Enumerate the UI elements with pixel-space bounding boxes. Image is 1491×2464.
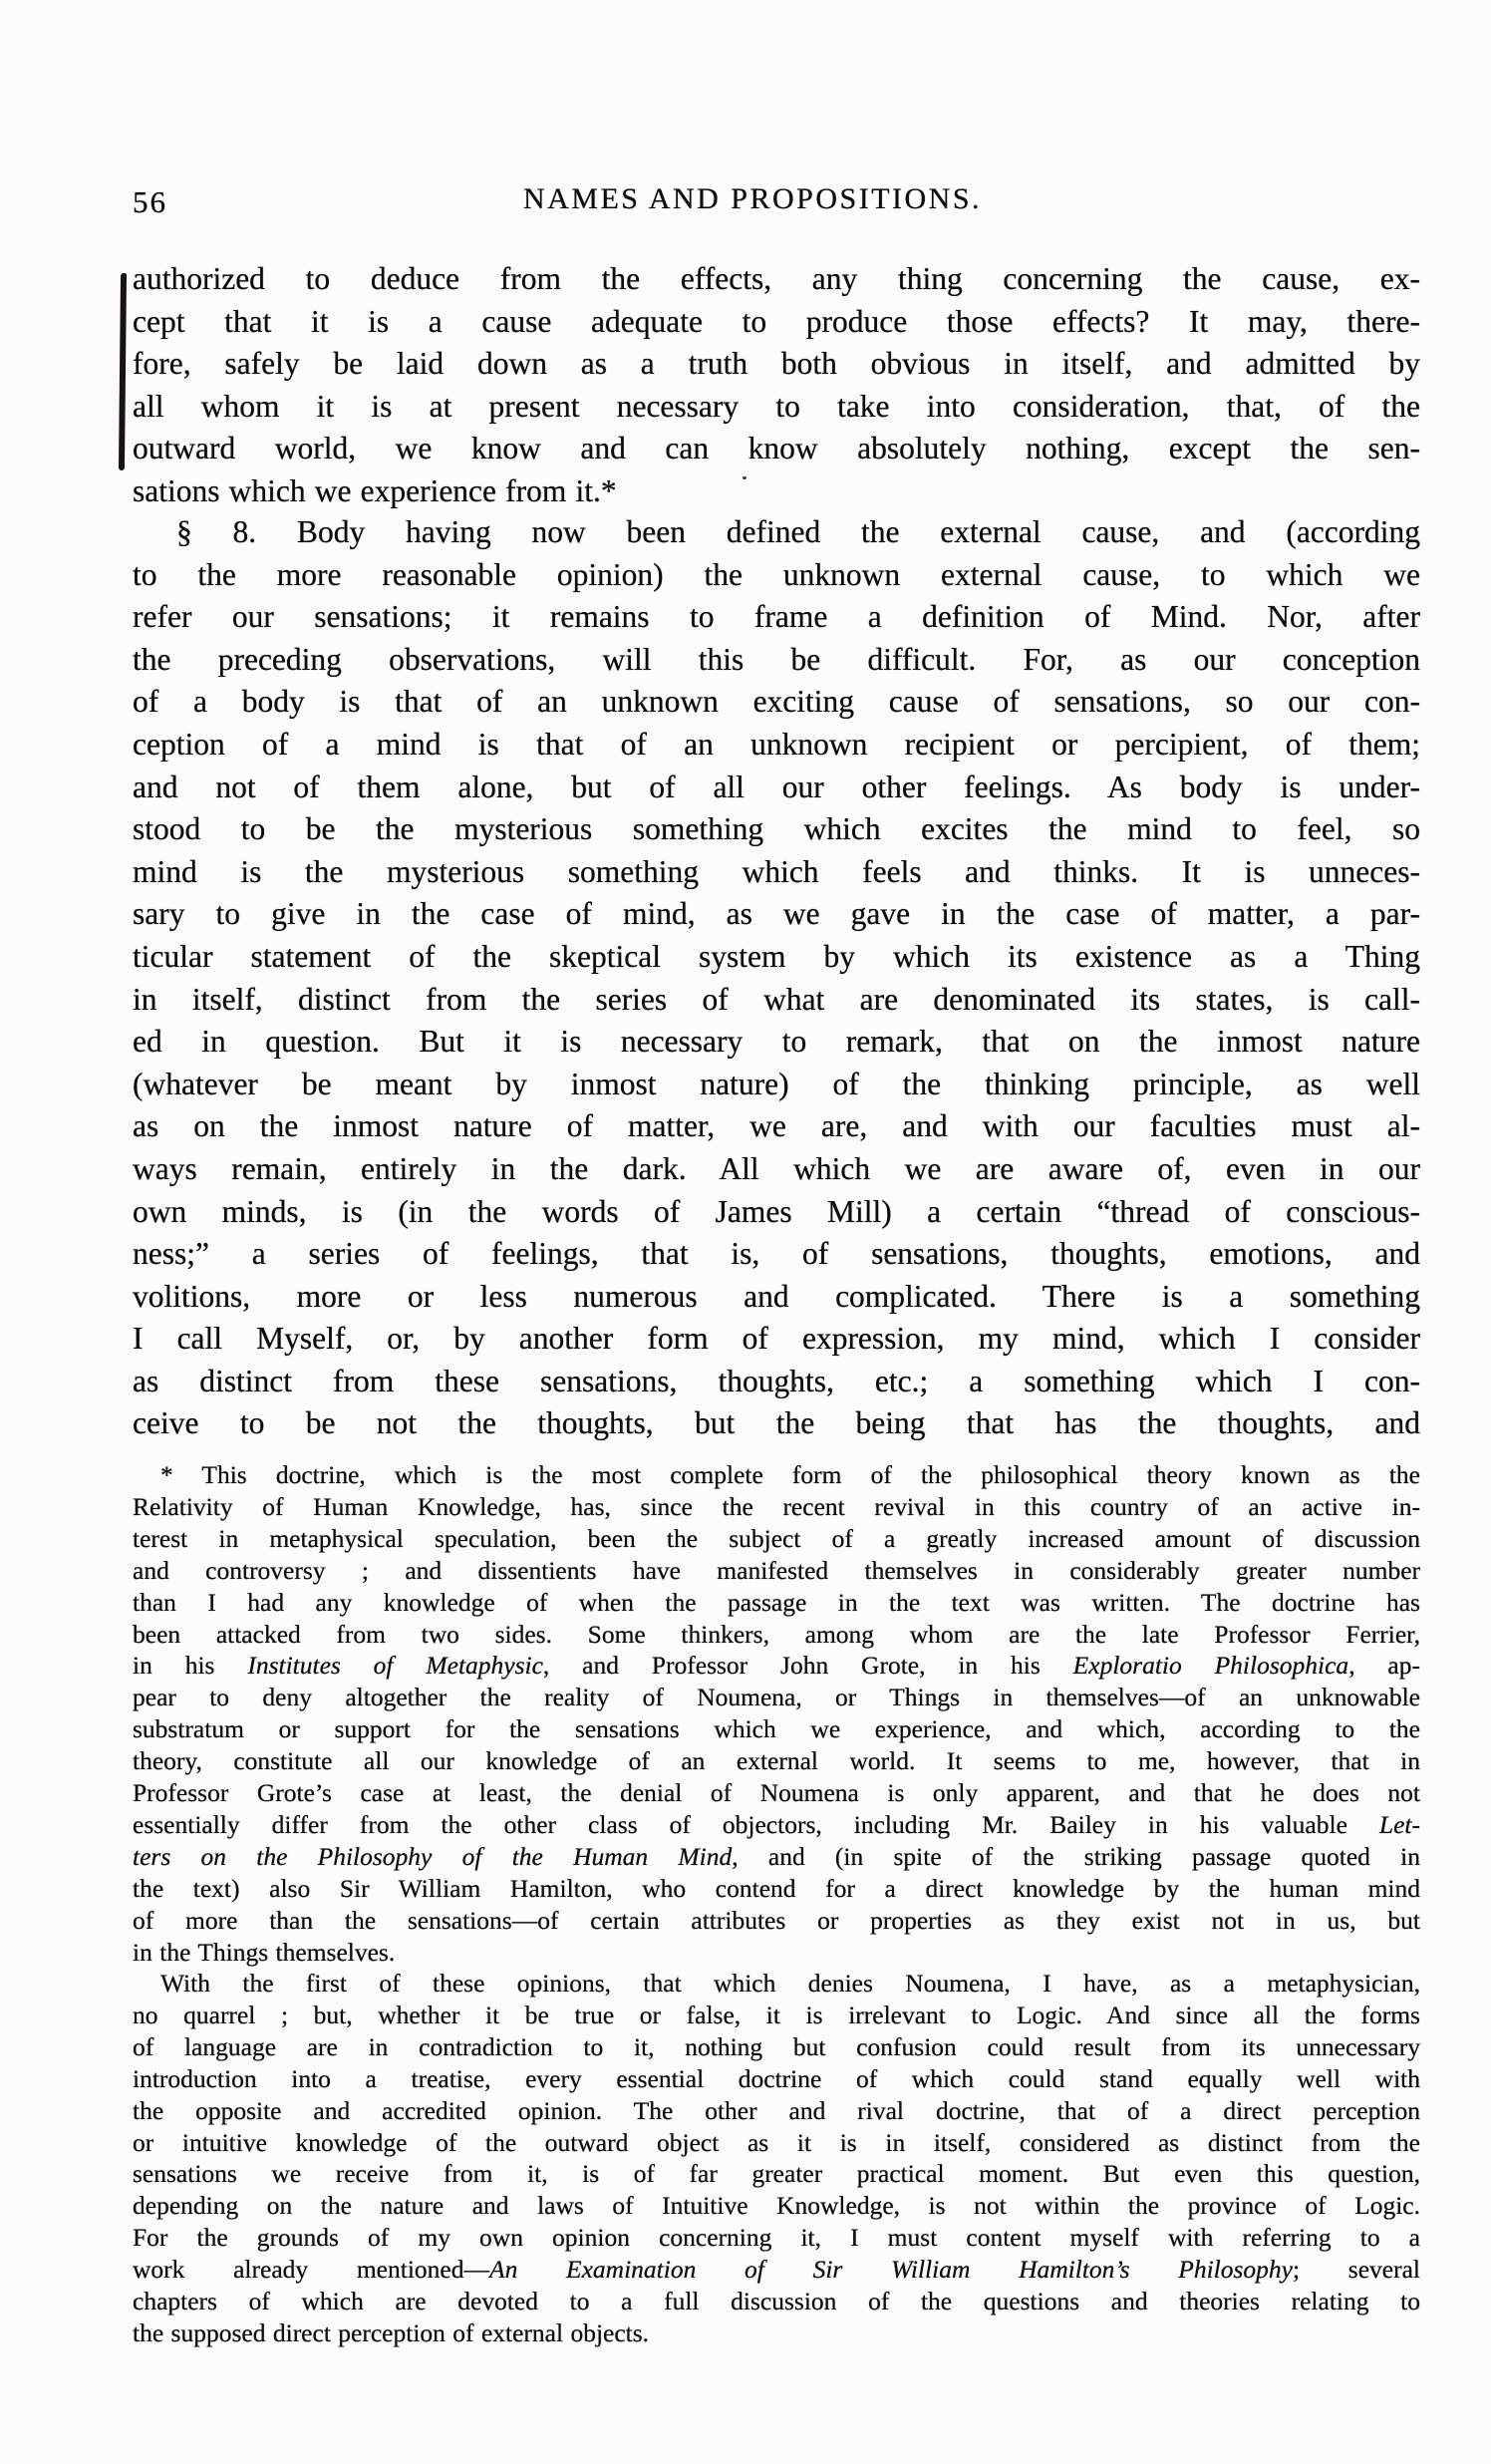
text-line: in itself, distinct from the series of w…: [133, 979, 1420, 1022]
text-line: pear to deny altogether the reality of N…: [133, 1682, 1420, 1713]
text-line: than I had any knowledge of when the pas…: [133, 1587, 1420, 1619]
text-line: refer our sensations; it remains to fram…: [133, 596, 1420, 639]
text-line: Professor Grote’s case at least, the den…: [133, 1777, 1420, 1809]
text-line: terest in metaphysical speculation, been…: [133, 1523, 1420, 1555]
text-line: chapters of which are devoted to a full …: [133, 2286, 1420, 2317]
text-line: sensations we receive from it, is of far…: [133, 2158, 1420, 2190]
text-line: introduction into a treatise, every esse…: [133, 2063, 1420, 2095]
text-line: the supposed direct perception of extern…: [133, 2317, 1420, 2349]
body-paragraph-1: authorized to deduce from the effects, a…: [133, 258, 1420, 513]
text-line: ways remain, entirely in the dark. All w…: [133, 1148, 1420, 1191]
body-paragraph-2: § 8. Body having now been defined the ex…: [133, 511, 1420, 1445]
text-line: ception of a mind is that of an unknown …: [133, 724, 1420, 767]
text-line: sary to give in the case of mind, as we …: [133, 893, 1420, 936]
footnote-paragraph-2: With the first of these opinions, that w…: [133, 1968, 1420, 2349]
text-line: * This doctrine, which is the most compl…: [133, 1459, 1420, 1491]
text-line: I call Myself, or, by another form of ex…: [133, 1318, 1420, 1361]
text-line: Relativity of Human Knowledge, has, sinc…: [133, 1491, 1420, 1523]
text-line: the text) also Sir William Hamilton, who…: [133, 1873, 1420, 1905]
text-line: been attacked from two sides. Some think…: [133, 1619, 1420, 1651]
text-line: theory, constitute all our knowledge of …: [133, 1745, 1420, 1777]
text-line: fore, safely be laid down as a truth bot…: [133, 343, 1420, 386]
text-line: mind is the mysterious something which f…: [133, 851, 1420, 894]
margin-pen-mark: [119, 273, 127, 470]
text-line: § 8. Body having now been defined the ex…: [133, 511, 1420, 554]
text-line: own minds, is (in the words of James Mil…: [133, 1191, 1420, 1234]
text-line: of language are in contradiction to it, …: [133, 2031, 1420, 2063]
text-line: and controversy ; and dissentients have …: [133, 1555, 1420, 1587]
book-page: { "colors": { "ink": "#0e0c09", "paper":…: [0, 0, 1491, 2464]
italic-title: Let-: [1379, 1810, 1420, 1839]
footnote-paragraph-1: * This doctrine, which is the most compl…: [133, 1459, 1420, 1969]
text-line: all whom it is at present necessary to t…: [133, 386, 1420, 429]
text-line: and not of them alone, but of all our ot…: [133, 767, 1420, 809]
text-line: in the Things themselves.: [133, 1937, 1420, 1969]
text-line: of a body is that of an unknown exciting…: [133, 681, 1420, 724]
text-line: outward world, we know and can know abso…: [133, 428, 1420, 470]
text-line: authorized to deduce from the effects, a…: [133, 258, 1420, 301]
scan-speck: [792, 1384, 796, 1387]
text-line: (whatever be meant by inmost nature) of …: [133, 1064, 1420, 1106]
text-line: cept that it is a cause adequate to prod…: [133, 301, 1420, 344]
text-line: work already mentioned—An Examination of…: [133, 2254, 1420, 2286]
text-line: sations which we experience from it.*: [133, 470, 1420, 513]
text-line: in his Institutes of Metaphysic, and Pro…: [133, 1650, 1420, 1682]
italic-title: ters on the Philosophy of the Human Mind: [133, 1842, 732, 1871]
italic-title: An Examination of Sir William Hamilton’s…: [489, 2255, 1293, 2284]
text-line: or intuitive knowledge of the outward ob…: [133, 2127, 1420, 2159]
text-line: no quarrel ; but, whether it be true or …: [133, 2000, 1420, 2031]
text-line: substratum or support for the sensations…: [133, 1713, 1420, 1745]
page-header: 56 NAMES AND PROPOSITIONS.: [133, 182, 1420, 226]
text-line: essentially differ from the other class …: [133, 1809, 1420, 1841]
text-line: ness;” a series of feelings, that is, of…: [133, 1233, 1420, 1276]
italic-title: Exploratio Philosophica: [1073, 1651, 1349, 1680]
text-line: ed in question. But it is necessary to r…: [133, 1021, 1420, 1064]
text-line: ceive to be not the thoughts, but the be…: [133, 1402, 1420, 1445]
scan-speck: [743, 476, 746, 479]
text-line: stood to be the mysterious something whi…: [133, 808, 1420, 851]
running-title: NAMES AND PROPOSITIONS.: [133, 182, 1372, 216]
text-line: ters on the Philosophy of the Human Mind…: [133, 1841, 1420, 1873]
text-line: the preceding observations, will this be…: [133, 639, 1420, 682]
text-line: For the grounds of my own opinion concer…: [133, 2222, 1420, 2254]
text-line: ticular statement of the skeptical syste…: [133, 936, 1420, 979]
text-line: to the more reasonable opinion) the unkn…: [133, 554, 1420, 597]
text-line: as distinct from these sensations, thoug…: [133, 1361, 1420, 1403]
text-line: depending on the nature and laws of Intu…: [133, 2190, 1420, 2222]
text-line: volitions, more or less numerous and com…: [133, 1276, 1420, 1319]
text-line: of more than the sensations—of certain a…: [133, 1905, 1420, 1937]
text-line: as on the inmost nature of matter, we ar…: [133, 1105, 1420, 1148]
text-line: With the first of these opinions, that w…: [133, 1968, 1420, 2000]
text-line: the opposite and accredited opinion. The…: [133, 2095, 1420, 2127]
italic-title: Institutes of Metaphysic: [247, 1651, 543, 1680]
